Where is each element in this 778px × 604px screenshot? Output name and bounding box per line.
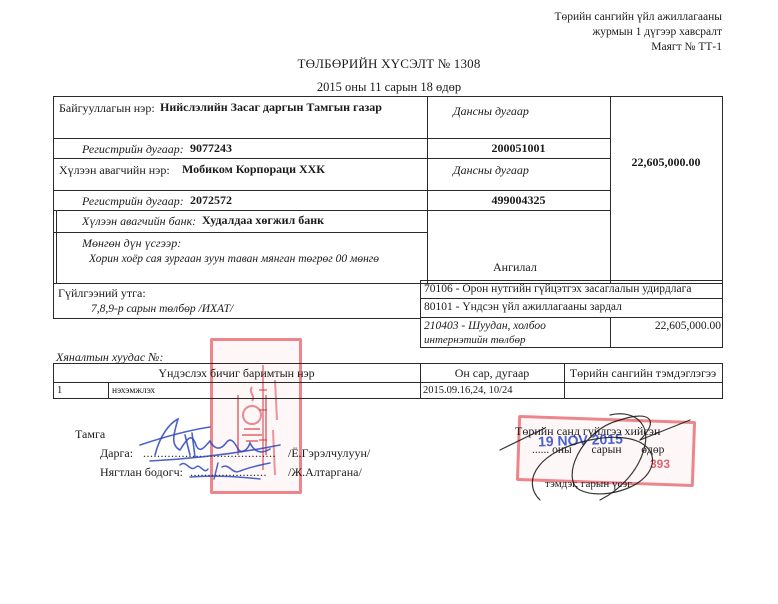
receiver-name-label: Хүлээн авагчийн нэр: xyxy=(59,163,170,178)
col-header-treasury-note: Төрийн сангийн тэмдэглэгээ xyxy=(564,366,722,381)
col-header-document-name: Үндэслэх бичиг баримтын нэр xyxy=(53,366,420,381)
receiver-reg-label: Регистрийн дугаар: xyxy=(82,194,184,209)
accountant-signature-scribble xyxy=(160,455,280,485)
payer-reg-label: Регистрийн дугаар: xyxy=(82,142,184,157)
divider xyxy=(56,210,57,284)
director-label: Дарга: xyxy=(100,446,133,461)
document-date: 2015 оны 11 сарын 18 өдөр xyxy=(0,80,778,95)
payer-account-value: 200051001 xyxy=(427,141,610,156)
receiver-name-value: Мобиком Корпораци ХХК xyxy=(182,162,325,177)
form-reference-line-1: Төрийн сангийн үйл ажиллагааны xyxy=(554,10,722,25)
divider xyxy=(53,210,610,211)
org-name-value: Нийслэлийн Засаг даргын Тамгын газар xyxy=(160,100,382,115)
divider xyxy=(108,382,109,399)
receiver-account-label: Дансны дугаар xyxy=(453,163,529,178)
table-row-no: 1 xyxy=(57,385,62,396)
divider xyxy=(610,96,611,284)
classification-line-3b: интернэтийн төлбөр xyxy=(424,334,526,346)
amount-words-value: Хорин хоёр сая зургаан зуун таван мянган… xyxy=(89,253,379,265)
form-reference-note: Төрийн сангийн үйл ажиллагааны журмын 1 … xyxy=(554,10,722,55)
amount-words-label: Мөнгөн дүн үсгээр: xyxy=(82,236,181,251)
table-row-date: 2015.09.16,24, 10/24 xyxy=(423,385,513,396)
treasury-signature-scribble xyxy=(500,400,700,510)
org-name-label: Байгууллагын нэр: xyxy=(59,101,155,116)
transaction-purpose-value: 7,8,9-р сарын төлбөр /ИХАТ/ xyxy=(91,303,233,315)
divider xyxy=(53,158,610,159)
divider xyxy=(420,298,723,299)
receiver-reg-value: 2072572 xyxy=(190,193,232,208)
form-reference-line-2: журмын 1 дүгээр хавсралт xyxy=(554,25,722,40)
document-title: ТӨЛБӨРИЙН ХҮСЭЛТ № 1308 xyxy=(0,56,778,72)
divider xyxy=(53,382,723,383)
transaction-purpose-label: Гүйлгээний утга: xyxy=(58,286,146,301)
divider xyxy=(420,317,723,318)
payer-reg-value: 9077243 xyxy=(190,141,232,156)
seal-label: Тамга xyxy=(75,427,105,442)
receiver-bank-value: Худалдаа хөгжил банк xyxy=(202,213,324,228)
col-header-date-number: Он сар, дугаар xyxy=(420,366,564,381)
payer-account-label: Дансны дугаар xyxy=(453,104,529,119)
receiver-bank-label: Хүлээн авагчийн банк: xyxy=(82,214,196,229)
divider xyxy=(53,232,427,233)
divider xyxy=(53,138,610,139)
divider xyxy=(53,190,610,191)
classification-line-2: 80101 - Үндсэн үйл ажиллагааны зардал xyxy=(424,301,622,313)
classification-label: Ангилал xyxy=(493,260,537,275)
receiver-account-value: 499004325 xyxy=(427,193,610,208)
classification-line-1: 70106 - Орон нутгийн гүйцэтгэх засаглалы… xyxy=(424,283,691,295)
form-reference-line-3: Маягт № ТТ-1 xyxy=(554,40,722,55)
classification-line-3-amount: 22,605,000.00 xyxy=(610,320,721,332)
classification-line-3a: 210403 - Шуудан, холбоо xyxy=(424,320,546,332)
total-amount: 22,605,000.00 xyxy=(610,155,722,170)
table-row-document-name: нэхэмжлэх xyxy=(112,386,155,396)
